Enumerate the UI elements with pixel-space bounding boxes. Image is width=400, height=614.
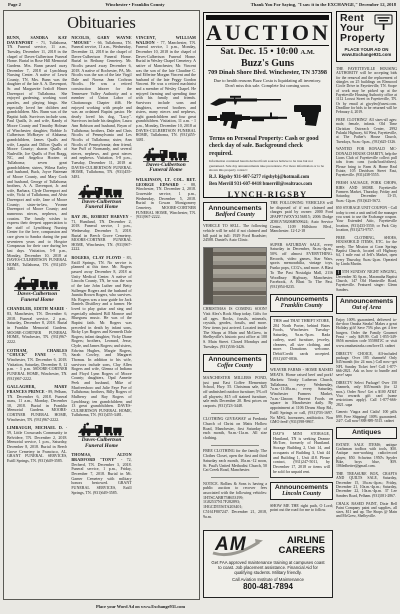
announcement-item: WANTED FOR RONALD MC-DONALD HOUSE CHARIT… (336, 147, 397, 177)
announcement-item: Generic Viagra and Cialis! 100 pills $99… (336, 410, 397, 423)
announcements-header-lincoln: Announcements Lincoln County (270, 482, 333, 501)
obituaries-title: Obituaries (7, 13, 196, 33)
train-icon (14, 276, 60, 292)
announcement-item: VEHICLE TO SELL. The following vehicle w… (203, 224, 267, 243)
funeral-home-name: Daves-CulbertsonFuneral Home (71, 200, 131, 211)
divider (211, 477, 259, 478)
obituaries-columns: BUNN, SANDRA KAY DAVENPORT - 71, Tullaho… (7, 36, 196, 594)
boxed-announcement: THIS and THAT THRIFT STORE, 204 North Po… (270, 316, 333, 364)
auction-ad: AUCTION Sat. Dec. 15 • 10:00 A.M. Buzz's… (203, 12, 332, 198)
announcements-column-right: Rent Your Property PLACE YOUR AD ONwww.E… (336, 10, 397, 602)
funeral-home-logo: Daves-CulbertsonFuneral Home (71, 422, 131, 449)
boxed-announcement: DAY'S MINI STORAGE, Huntland, TN is seek… (270, 429, 333, 477)
obituary-column-3: VINCENT, WILLIAM WALDON - 77, Manchester… (136, 36, 196, 594)
footer-note: Place your Word Ad on www.Exchange931.co… (96, 604, 185, 609)
obituary-entry: NICOLIS, GARY WAYNE "MOUSE" - 66, Tullah… (71, 36, 131, 180)
auction-contact-1: R.J. Rigsby 931-607-5277 rigsbybj@hotmai… (209, 174, 326, 181)
obituary-entry: CHANDLER, EDITH MARIE - 83, Manchester, … (7, 307, 67, 344)
airline-careers-ad: AM AIRLINECAREERS Get FAA approved maint… (203, 530, 333, 598)
obituary-entry: THOMAS, ALTON BRADFORD "TONY" - 72, Dech… (71, 453, 131, 495)
auction-fine-print: Information contained herein derived fro… (209, 159, 326, 172)
announcement-item: DIRECTV Select Package! Over 150 channel… (336, 381, 397, 407)
page-number: Page 2 (8, 2, 21, 7)
divider (211, 445, 259, 446)
auction-business-name: Buzz's Guns (204, 58, 331, 69)
obituaries-section: Obituaries BUNN, SANDRA KAY DAVENPORT - … (3, 10, 200, 600)
airline-ad-body: Get FAA approved maintenance training at… (210, 560, 326, 576)
announcement-item: CHRISTMAS IS COMING SOON! Visit Alex's R… (203, 307, 267, 349)
auction-title: AUCTION (206, 21, 329, 46)
announcement-item: $50 STORAGE UNIT COUPON - Call today to … (336, 206, 397, 232)
scoped-rifle-icon (210, 93, 282, 107)
announcement-item: ESTATE SALE ITEMS; antique Craftsman too… (336, 443, 397, 469)
auction-pitch: Due to health reasons Buzz Costa is liqu… (211, 78, 324, 89)
obituary-entry: VINCENT, WILLIAM WALDON - 77, Manchester… (136, 36, 196, 143)
funeral-home-name: Daves-CulbertsonFuneral Home (71, 438, 131, 449)
announcement-item: SHOW ME THE right path, O Lord; point ou… (270, 504, 333, 513)
pistol-icon (293, 102, 323, 128)
obituary-entry: LIMBAUGH, MICHAEL D. - 59, Little Crossr… (7, 426, 67, 463)
obituary-entry: ROGERS, CLAY FLOYD - 83, Estill Springs,… (71, 256, 131, 418)
announcement-item: CHALK BASED PAINT, Dixie Bell Paint Comp… (336, 502, 397, 519)
announcement-item: THE TREASURE BOX, CRAFTS AND QUILTS SALE… (336, 472, 397, 498)
announcement-item: THE FOLLOWING VEHICLES will be disposed … (270, 201, 333, 234)
announcements-header-franklin: Announcements Franklin County (270, 294, 333, 313)
auction-contact-2: Ben Merrill 931-607-0418 bmerrill@realtr… (209, 181, 326, 188)
obituary-entry: BUNN, SANDRA KAY DAVENPORT - 71, Tullaho… (7, 36, 67, 272)
aim-logo: AM (211, 534, 263, 558)
funeral-home-logo: Daves-CulbertsonFuneral Home (7, 276, 67, 303)
announcements-column-bedford-coffee: Announcements Bedford County VEHICLE TO … (203, 201, 267, 528)
airline-ad-phone: 800-481-7894 (204, 582, 332, 591)
announcement-item: 5TH SUNDAY NIGHT SINGING, December 30, 6… (336, 270, 397, 292)
for-rent-sign-icon (374, 14, 394, 31)
funeral-home-name: Daves-CulbertsonFuneral Home (7, 292, 67, 303)
obituary-column-2: NICOLIS, GARY WAYNE "MOUSE" - 66, Tullah… (71, 36, 131, 594)
announcement-item: THE FAYETTEVILLE HOUSING AUTHORITY will … (336, 67, 397, 115)
masthead-slogan: Thank You For Saying, "I saw it in the E… (251, 2, 396, 7)
obituary-column-1: BUNN, SANDRA KAY DAVENPORT - 71, Tullaho… (7, 36, 67, 594)
announcement-item: FREE CLOTHING, SHOES, HOUSEHOLD ITEMS, E… (336, 236, 397, 266)
announcement-item: CLOTHING GIVEAWAY at Fredonia Church of … (203, 417, 267, 441)
announcement-item: FREE CLOTHING! All sizes-all ages: male,… (336, 118, 397, 144)
rock-shop-photo (203, 247, 267, 305)
rent-your-property-ad: Rent Your Property PLACE YOUR AD ONwww.E… (336, 11, 397, 62)
funeral-home-name: Daves-CulbertsonFuneral Home (136, 163, 196, 174)
announcement-item: NOTICE. Rollins & Sons is having a publi… (203, 482, 267, 520)
auction-firm-name: LYNCH-RIGSBY (204, 190, 331, 198)
announcement-item: SUPER SATURDAY SALE, every Saturday in D… (270, 243, 333, 290)
train-icon (143, 147, 189, 163)
announcement-item: FRESH SAUSAGE, PORK CHOPS, RIBS AND MORE… (336, 181, 397, 203)
funeral-home-logo: Daves-CulbertsonFuneral Home (71, 184, 131, 211)
obituary-entry: WILKINSON, LT. COL. RET. GEORGE EDWARD -… (136, 178, 196, 220)
announcement-item: FREE CLOTHING for the family. The Clothe… (203, 449, 267, 473)
obituary-entry: RAY JR., ROBERT HARVEY - 71, Huntland, T… (71, 215, 131, 252)
newspaper-page: Page 2 Winchester • Franklin County Than… (0, 0, 400, 614)
announcements-header-bedford: Announcements Bedford County (203, 202, 267, 221)
announcements-header-coffee: Announcements Coffee County (203, 354, 267, 373)
announcement-item: WEAVER FARMS - HOME RAISED MEATS. Home r… (270, 368, 333, 425)
antiques-header: Antiques (336, 427, 397, 439)
announcements-header-out-of-area: Announcements Out of Area (336, 296, 397, 315)
auction-guns-photo (208, 90, 327, 136)
obituary-entry: COTHAM, CHARLES "CHUCK" FANE - 75, Winch… (7, 349, 67, 382)
obituary-entry: GALLAGHER, MARY FRANCES PRINCE - 89, Pel… (7, 385, 67, 422)
masthead: Page 2 Winchester • Franklin County Than… (0, 2, 400, 10)
masthead-center: Winchester • Franklin County (70, 2, 200, 7)
auction-date: Sat. Dec. 15 • 10:00 A.M. (204, 48, 331, 58)
rent-ad-cta: PLACE YOUR AD ONwww.Exchange931.com (340, 47, 393, 58)
announcements-column-franklin-lincoln: THE FOLLOWING VEHICLES will be disposed … (270, 201, 333, 528)
announcement-item: DAY'S MINI STORAGE, Huntland, TN is seek… (273, 432, 330, 474)
divider (211, 413, 259, 414)
announcement-item: DIRECTV CHOICE, All-included package. Ov… (336, 352, 397, 378)
announcement-item: MANCHESTER MILLERS POND, just past East … (203, 376, 267, 409)
announcement-item: THIS and THAT THRIFT STORE, 204 North Po… (273, 319, 330, 361)
divider (278, 238, 325, 239)
ar-rifle-icon (208, 110, 290, 132)
funeral-home-logo: Daves-CulbertsonFuneral Home (136, 147, 196, 174)
airline-careers-title: AIRLINECAREERS (279, 536, 325, 556)
announcement-item: Enjoy 100% guaranteed, delivered to-the-… (336, 318, 397, 348)
auction-address: 709 Dinah Shore Blvd. Winchester, TN 373… (204, 70, 331, 77)
auction-terms: Terms on Personal Property: Cash or good… (209, 136, 326, 159)
train-icon (78, 422, 124, 438)
train-icon (78, 184, 124, 200)
